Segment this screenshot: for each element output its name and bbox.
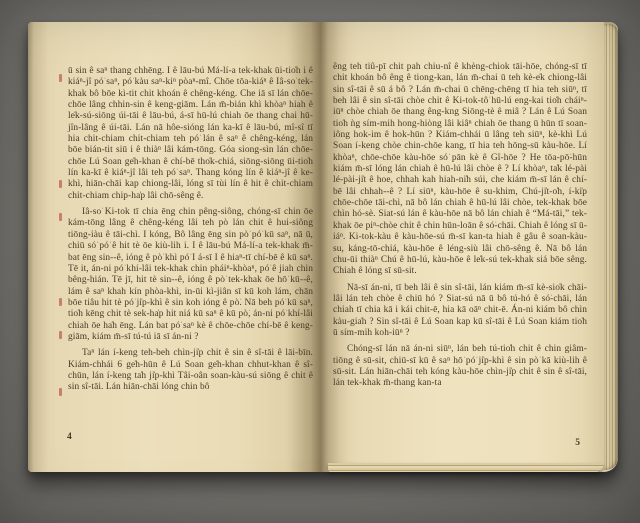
paragraph: Nā-sī án-ni, tī beh lâi ê sin sî-tāi, lá… [333,283,587,340]
red-ink-mark [59,213,62,221]
page-number-left: 4 [67,432,72,442]
paragraph: Iâ-so͘ Ki-tok tī chia ēng chin pêng-siôn… [68,207,313,343]
paragraph: êng teh tiû-pī chit pah chiu-nî ê khèng-… [333,62,587,278]
left-page: ū sin ê saⁿ thang chhēng. I ê lāu-bú Má-… [28,22,320,472]
paragraph: Chóng-sī lán nā án-ni siūⁿ, lán beh tú-t… [333,344,587,389]
right-page-text: êng teh tiû-pī chit pah chiu-nî ê khèng-… [333,62,587,390]
red-ink-mark [59,180,62,188]
red-ink-mark [59,74,62,82]
book: ū sin ê saⁿ thang chhēng. I ê lāu-bú Má-… [28,22,618,472]
left-page-text: ū sin ê saⁿ thang chhēng. I ê lāu-bú Má-… [68,66,313,394]
photo-of-open-book: ū sin ê saⁿ thang chhēng. I ê lāu-bú Má-… [0,0,640,523]
red-ink-mark [59,331,62,339]
red-ink-mark [59,298,62,306]
right-page: êng teh tiû-pī chit pah chiu-nî ê khèng-… [320,22,604,472]
paragraph: Taⁿ lán í-keng teh-beh chìn-ji̍p chit ê … [68,348,313,393]
page-number-right: 5 [575,438,580,448]
red-ink-mark [59,388,62,396]
paragraph: ū sin ê saⁿ thang chhēng. I ê lāu-bú Má-… [68,66,313,202]
page-stack-bottom-edge [328,463,604,472]
page-stack-fore-edge [604,24,618,470]
